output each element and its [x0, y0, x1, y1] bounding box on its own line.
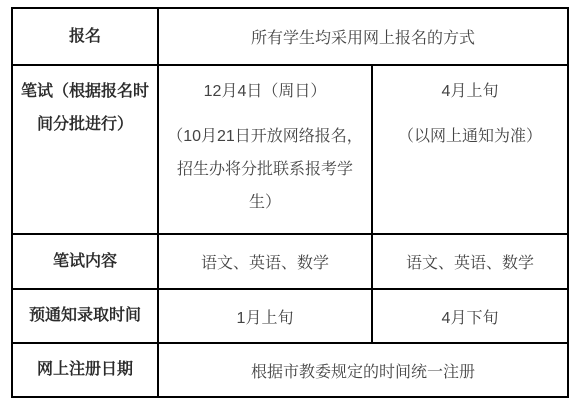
- row-label-admission-notice: 预通知录取时间: [12, 289, 158, 343]
- registration-schedule-table: 报名 所有学生均采用网上报名的方式 笔试（根据报名时间分批进行） 12月4日（周…: [11, 7, 569, 398]
- cell-exam-date-batch1: 12月4日（周日） （10月21日开放网络报名，招生办将分批联系报考学生）: [158, 65, 372, 234]
- row-label-online-enrollment: 网上注册日期: [12, 343, 158, 397]
- cell-online-enrollment-date: 根据市教委规定的时间统一注册: [158, 343, 568, 397]
- cell-exam-subjects-batch2: 语文、英语、数学: [372, 234, 568, 289]
- cell-exam-date-batch2: 4月上旬 （以网上通知为准）: [372, 65, 568, 234]
- exam-date-batch2: 4月上旬: [381, 75, 559, 108]
- cell-admission-notice-batch1: 1月上旬: [158, 289, 372, 343]
- cell-admission-notice-batch2: 4月下旬: [372, 289, 568, 343]
- table-row-admission-notice: 预通知录取时间 1月上旬 4月下旬: [12, 289, 568, 343]
- exam-date-batch1: 12月4日（周日）: [167, 75, 363, 108]
- registration-info-page: 报名 所有学生均采用网上报名的方式 笔试（根据报名时间分批进行） 12月4日（周…: [0, 0, 579, 414]
- table-row-exam-content: 笔试内容 语文、英语、数学 语文、英语、数学: [12, 234, 568, 289]
- row-label-registration: 报名: [12, 8, 158, 65]
- cell-exam-subjects-batch1: 语文、英语、数学: [158, 234, 372, 289]
- table-row-online-enrollment: 网上注册日期 根据市教委规定的时间统一注册: [12, 343, 568, 397]
- exam-date-batch1-note: （10月21日开放网络报名，招生办将分批联系报考学生）: [167, 120, 363, 219]
- table-row-written-exam: 笔试（根据报名时间分批进行） 12月4日（周日） （10月21日开放网络报名，招…: [12, 65, 568, 234]
- row-label-written-exam: 笔试（根据报名时间分批进行）: [12, 65, 158, 234]
- table-row-registration: 报名 所有学生均采用网上报名的方式: [12, 8, 568, 65]
- cell-registration-method: 所有学生均采用网上报名的方式: [158, 8, 568, 65]
- exam-date-batch2-note: （以网上通知为准）: [381, 120, 559, 153]
- row-label-exam-content: 笔试内容: [12, 234, 158, 289]
